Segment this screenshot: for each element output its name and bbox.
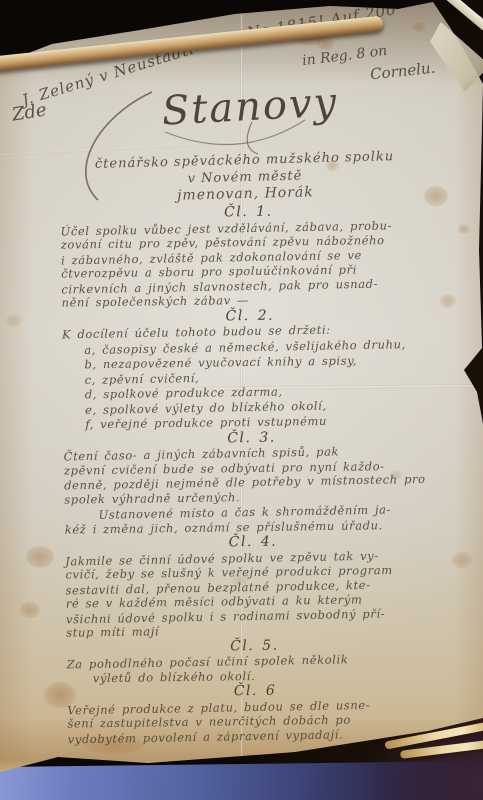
stain [6, 314, 22, 327]
article-paragraph: Čtení časo- a jiných zábavních spisů, pa… [64, 443, 441, 506]
stain [26, 546, 54, 568]
stain [412, 22, 426, 32]
photo-of-document: Opis J. Zelený v Neustadtl No 1815! Auf … [0, 0, 483, 800]
stain [458, 224, 470, 234]
manuscript-paper: Opis J. Zelený v Neustadtl No 1815! Auf … [0, 0, 483, 800]
document-title: Stanovy [129, 78, 371, 136]
manuscript-body: Čl. 1.Účel spolku vůbec jest vzdělávání,… [60, 201, 444, 746]
article-paragraph: Jakmile se činní údové spolku ve zpěvu t… [65, 548, 442, 640]
article-paragraph: Za pohodlného počasí učiní spolek několi… [67, 651, 443, 685]
article-paragraph: Účel spolku vůbec jest vzdělávání, zábav… [60, 218, 437, 310]
article-list: a, časopisy české a německé, všelijakého… [62, 337, 439, 432]
name-note: Cornelu. [369, 59, 436, 84]
stain [440, 294, 456, 308]
stain [316, 36, 334, 50]
stain [452, 552, 472, 568]
margin-note: Zde [11, 99, 49, 125]
stain [20, 602, 40, 618]
article-paragraph: Ustanovené místo a čas k shromážděním ja… [64, 502, 440, 536]
document-subtitle: čtenářsko spěváckého mužského spolkuv No… [69, 147, 420, 207]
